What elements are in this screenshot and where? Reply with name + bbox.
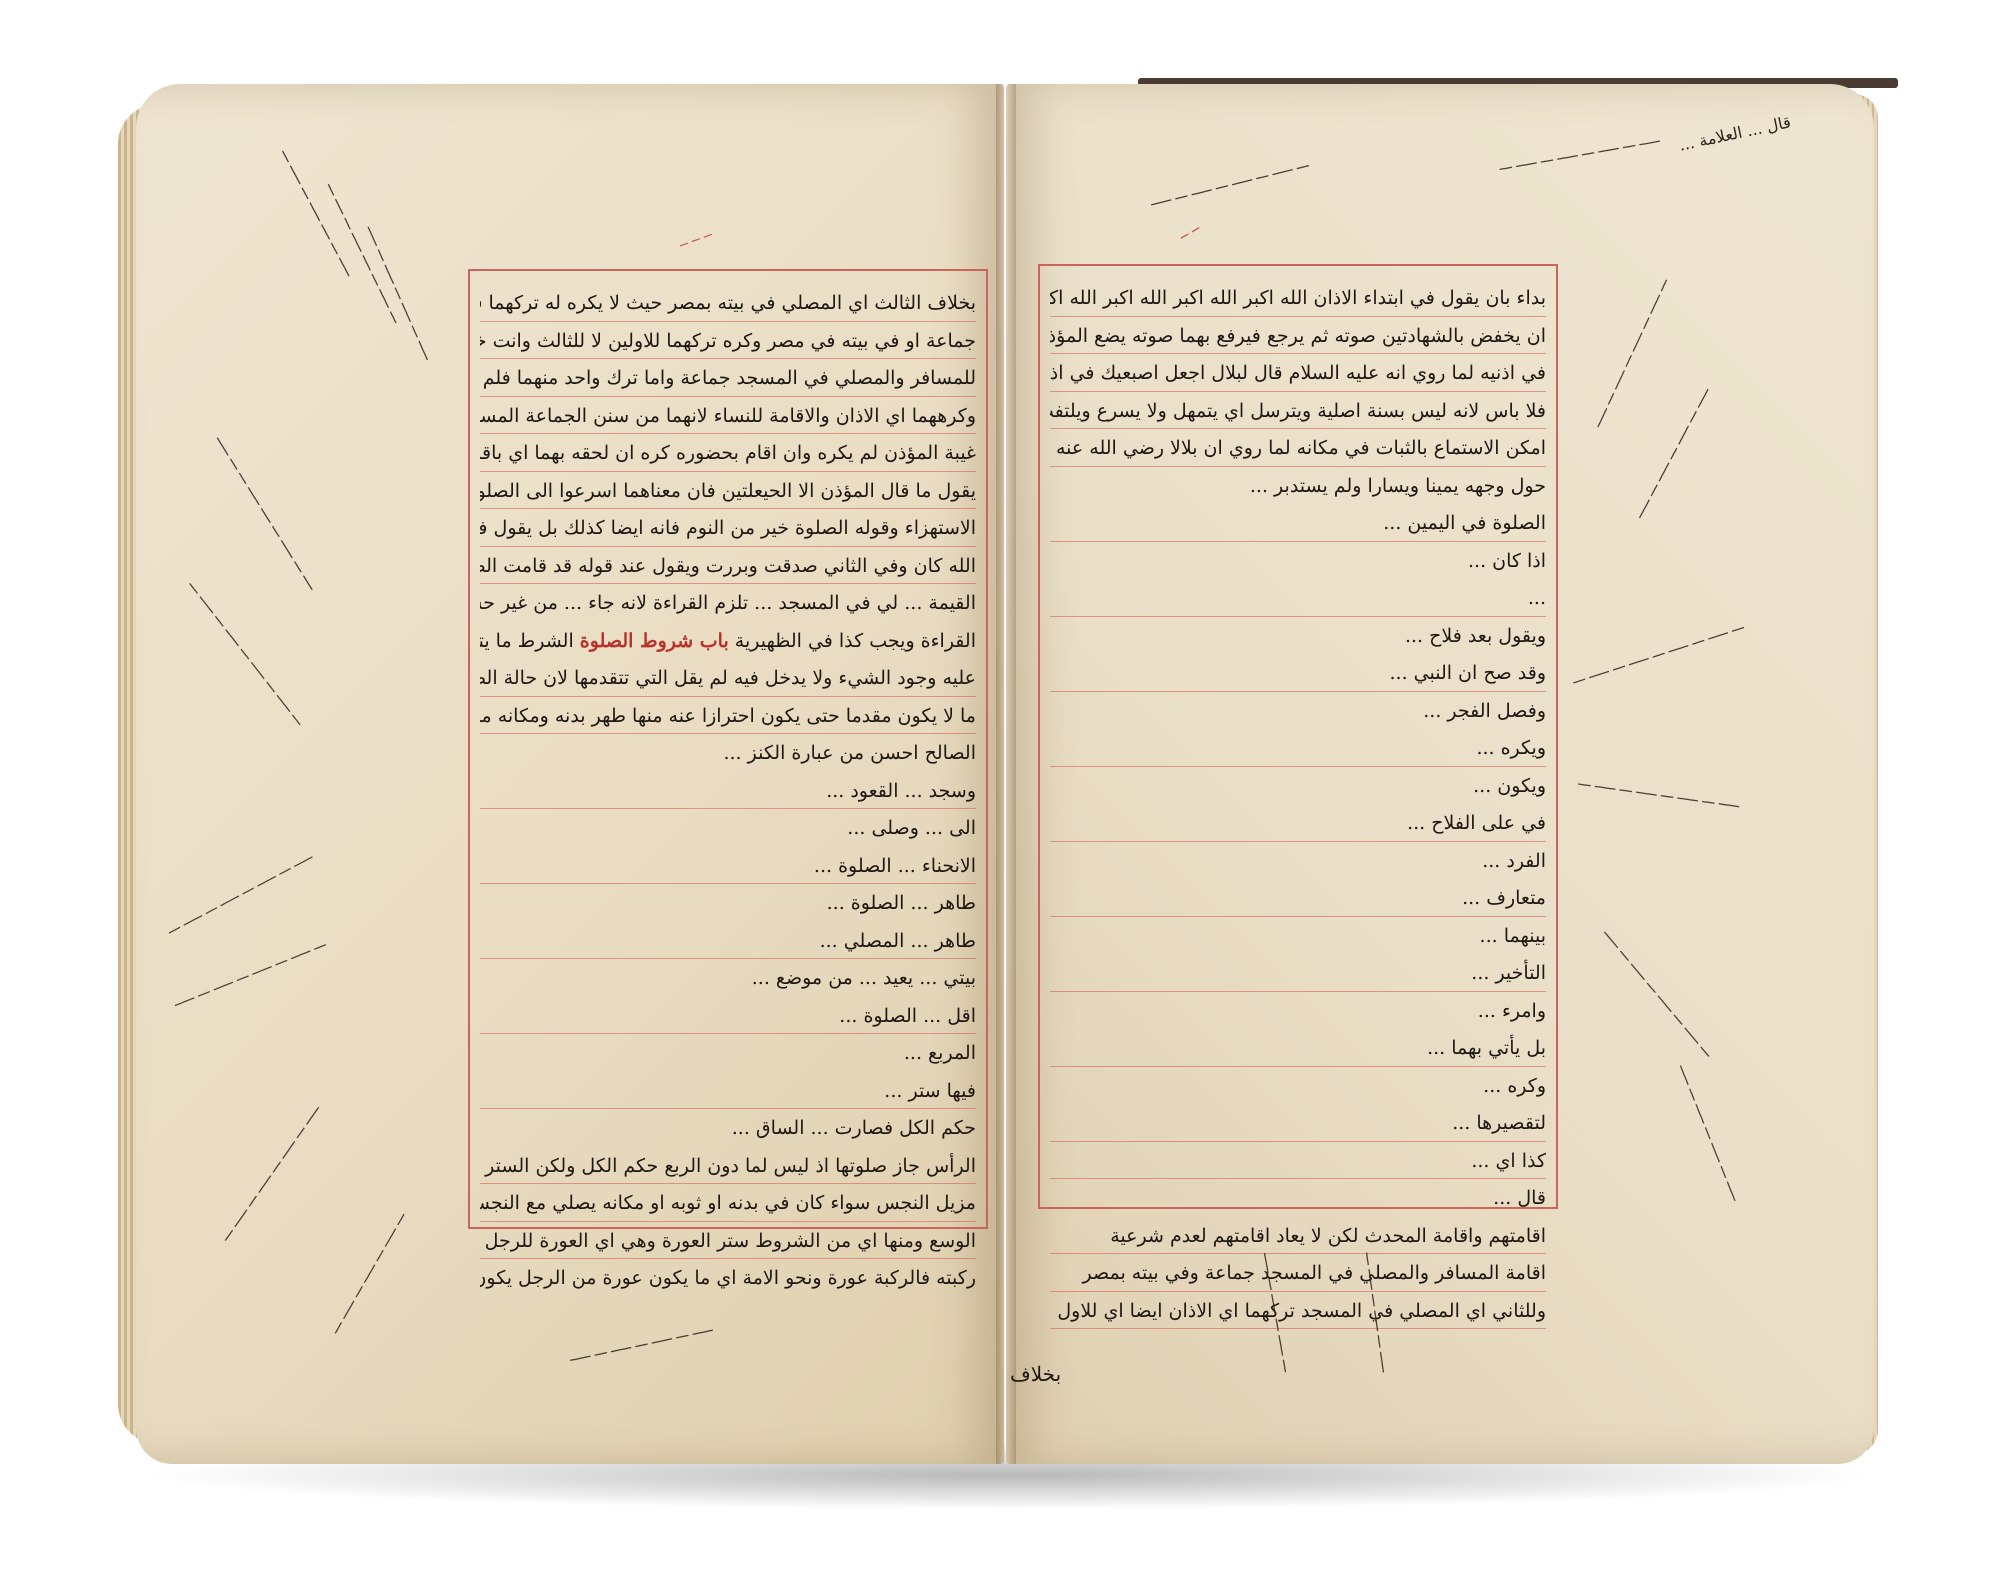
text-line: وكره ... [1050, 1068, 1546, 1106]
text-line: ما لا يكون مقدما حتى يكون احترازا عنه من… [480, 698, 976, 736]
text-line: عليه وجود الشيء ولا يدخل فيه لم يقل التي… [480, 660, 976, 698]
text-line: وللثاني اي المصلي في المسجد تركهما اي ال… [1050, 1293, 1546, 1331]
heading-line: القراءة ويجب كذا في الظهيرية باب شروط ال… [480, 623, 976, 661]
text-line: في اذنيه لما روي انه عليه السلام قال لبل… [1050, 355, 1546, 393]
text-line: كذا اي ... [1050, 1143, 1546, 1181]
catchword: بخلاف [1010, 1362, 1061, 1386]
text-line: حول وجهه يمينا ويسارا ولم يستدبر ... [1050, 468, 1546, 506]
text-line: وسجد ... القعود ... [480, 773, 976, 811]
text-line: وامرء ... [1050, 993, 1546, 1031]
text-line: ويقول بعد فلاح ... [1050, 618, 1546, 656]
text-line: الرأس جاز صلوتها اذ ليس لما دون الربع حك… [480, 1148, 976, 1186]
text-line: وكرههما اي الاذان والاقامة للنساء لانهما… [480, 398, 976, 436]
text-line: بيتي ... يعيد ... من موضع ... [480, 960, 976, 998]
text-line: لتقصيرها ... [1050, 1105, 1546, 1143]
text-line: ان يخفض بالشهادتين صوته ثم يرجع فيرفع به… [1050, 318, 1546, 356]
text-line: متعارف ... [1050, 880, 1546, 918]
text-line: بداء بان يقول في ابتداء الاذان الله اكبر… [1050, 280, 1546, 318]
gutter [996, 84, 1016, 1464]
text-fragment: القراءة ويجب كذا في الظهيرية [735, 630, 976, 652]
text-line: وفصل الفجر ... [1050, 693, 1546, 731]
text-line: اذا كان ... [1050, 543, 1546, 581]
text-line: للمسافر والمصلي في المسجد جماعة واما ترك… [480, 360, 976, 398]
text-line: فلا باس لانه ليس بسنة اصلية ويترسل اي يت… [1050, 393, 1546, 431]
text-line: قال ... [1050, 1180, 1546, 1218]
left-text-block: بخلاف الثالث اي المصلي في بيته بمصر حيث … [468, 269, 988, 1229]
text-line: الله كان وفي الثاني صدقت وبررت ويقول عند… [480, 548, 976, 586]
text-line: الاستهزاء وقوله الصلوة خير من النوم فانه… [480, 510, 976, 548]
text-line: القيمة ... لي في المسجد ... تلزم القراءة… [480, 585, 976, 623]
text-line: اقل ... الصلوة ... [480, 998, 976, 1036]
text-line: ركبته فالركبة عورة ونحو الامة اي ما يكون… [480, 1260, 976, 1298]
text-line: بخلاف الثالث اي المصلي في بيته بمصر حيث … [480, 285, 976, 323]
right-text-block: بداء بان يقول في ابتداء الاذان الله اكبر… [1038, 264, 1558, 1209]
text-line: المربع ... [480, 1035, 976, 1073]
text-line: امكن الاستماع بالثبات في مكانه لما روي ا… [1050, 430, 1546, 468]
text-line: طاهر ... الصلوة ... [480, 885, 976, 923]
text-line: يقول ما قال المؤذن الا الحيعلتين فان معن… [480, 473, 976, 511]
text-line: طاهر ... المصلي ... [480, 923, 976, 961]
text-line: الى ... وصلى ... [480, 810, 976, 848]
text-line: مزيل النجس سواء كان في بدنه او ثوبه او م… [480, 1185, 976, 1223]
text-line: غيبة المؤذن لم يكره وان اقام بحضوره كره … [480, 435, 976, 473]
text-line: حكم الكل فصارت ... الساق ... [480, 1110, 976, 1148]
text-line: وقد صح ان النبي ... [1050, 655, 1546, 693]
chapter-heading: باب شروط الصلوة [580, 630, 729, 652]
text-line: بل يأتي بهما ... [1050, 1030, 1546, 1068]
text-line: اقامتهم واقامة المحدث لكن لا يعاد اقامته… [1050, 1218, 1546, 1256]
text-line: الانحناء ... الصلوة ... [480, 848, 976, 886]
text-line: ويكون ... [1050, 768, 1546, 806]
text-line: اقامة المسافر والمصلي في المسجد جماعة وف… [1050, 1255, 1546, 1293]
text-line: بينهما ... [1050, 918, 1546, 956]
text-line: الصلوة في اليمين ... [1050, 505, 1546, 543]
text-line: الصالح احسن من عبارة الكنز ... [480, 735, 976, 773]
text-fragment: الشرط ما يتوقف [480, 630, 574, 652]
text-line: الفرد ... [1050, 843, 1546, 881]
text-line: فيها ستر ... [480, 1073, 976, 1111]
text-line: ويكره ... [1050, 730, 1546, 768]
text-line: جماعة او في بيته في مصر وكره تركهما للاو… [480, 323, 976, 361]
text-line: الوسع ومنها اي من الشروط ستر العورة وهي … [480, 1223, 976, 1261]
text-line: ... [1050, 580, 1546, 618]
text-line: التأخير ... [1050, 955, 1546, 993]
text-line: في على الفلاح ... [1050, 805, 1546, 843]
open-manuscript: بخلاف الثالث اي المصلي في بيته بمصر حيث … [118, 84, 1878, 1484]
